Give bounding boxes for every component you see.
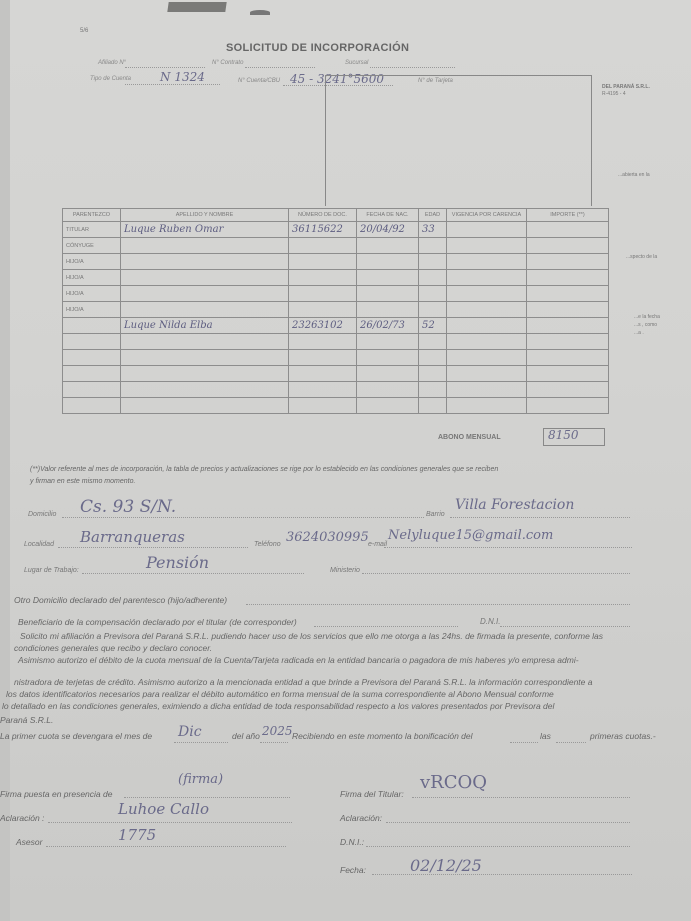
cell-doc[interactable] <box>289 334 357 350</box>
cell-edad[interactable] <box>419 238 447 254</box>
adjacent-text-4: ...s , como <box>634 322 657 328</box>
cuota-post: Recibiendo en este momento la bonificaci… <box>292 730 522 742</box>
cell-importe[interactable] <box>527 366 609 382</box>
cell-doc[interactable] <box>289 238 357 254</box>
cell-doc[interactable] <box>289 270 357 286</box>
adjacent-text-1: ...abierta en la <box>618 172 650 178</box>
contrato-field[interactable] <box>245 67 315 68</box>
cell-vigencia[interactable] <box>447 270 527 286</box>
cell-doc[interactable] <box>289 382 357 398</box>
cell-importe[interactable] <box>527 286 609 302</box>
table-body: TITULARLuque Ruben Omar3611562220/04/923… <box>63 222 609 414</box>
cell-nac[interactable] <box>357 398 419 414</box>
presencia-value[interactable]: (firma) <box>178 772 223 787</box>
cell-nombre[interactable]: Luque Nilda Elba <box>121 318 289 334</box>
adjacent-code: R-4195 - 4 <box>602 91 626 97</box>
adjacent-company: DEL PARANÁ S.R.L. <box>602 84 650 90</box>
cell-vigencia[interactable] <box>447 318 527 334</box>
declaration-p2c: los datos identificatorios necesarios pa… <box>0 688 691 700</box>
cell-nac[interactable] <box>357 238 419 254</box>
declaration-p2b: nistradora de terjetas de crédito. Asimi… <box>0 676 691 688</box>
column-header: VIGENCIA POR CARENCIA <box>447 209 527 222</box>
cell-nombre[interactable] <box>121 398 289 414</box>
cell-edad[interactable]: 52 <box>419 318 447 334</box>
top-stamp-mark-small <box>250 10 270 15</box>
cell-edad[interactable] <box>419 334 447 350</box>
adjacent-text-5: ...a . <box>634 330 644 336</box>
cell-parentezco: CÓNYUGE <box>63 238 121 254</box>
beneficiario-dni-label: D.N.I. <box>480 617 500 626</box>
cell-edad[interactable] <box>419 286 447 302</box>
cell-parentezco: HIJO/A <box>63 302 121 318</box>
cell-vigencia[interactable] <box>447 286 527 302</box>
trabajo-line <box>82 573 304 574</box>
barrio-label: Barrio <box>426 511 445 518</box>
declaration-p2a: Asimismo autorizo el débito de la cuota … <box>0 654 691 666</box>
cell-parentezco: HIJO/A <box>63 270 121 286</box>
tipo-cuenta-line <box>125 84 220 85</box>
table-row <box>63 398 609 414</box>
cell-importe[interactable] <box>527 350 609 366</box>
cell-doc[interactable] <box>289 350 357 366</box>
asesor-value[interactable]: 1775 <box>118 826 156 844</box>
table-row <box>63 366 609 382</box>
aclaracion-right-line[interactable] <box>386 822 630 823</box>
top-stamp-mark <box>167 2 226 12</box>
cell-nombre[interactable] <box>121 366 289 382</box>
las-line[interactable] <box>556 742 586 743</box>
table-row: HIJO/A <box>63 270 609 286</box>
column-header: IMPORTE (**) <box>527 209 609 222</box>
cell-parentezco <box>63 382 121 398</box>
localidad-value[interactable]: Barranqueras <box>80 528 185 546</box>
note-line-1: (**)Valor referente al mes de incorporac… <box>30 466 498 473</box>
declaration-p1a: Solicito mi afiliación a Previsora del P… <box>0 630 691 642</box>
column-header: PARENTEZCO <box>63 209 121 222</box>
cell-nombre[interactable] <box>121 302 289 318</box>
cell-doc[interactable] <box>289 286 357 302</box>
cuota-mes-line <box>174 742 228 743</box>
cuota-anio-line <box>260 742 288 743</box>
cell-doc[interactable] <box>289 254 357 270</box>
cell-importe[interactable] <box>527 334 609 350</box>
cell-nombre[interactable] <box>121 350 289 366</box>
cell-edad[interactable] <box>419 270 447 286</box>
cell-nac[interactable] <box>357 350 419 366</box>
cell-vigencia[interactable] <box>447 238 527 254</box>
cell-nac[interactable] <box>357 366 419 382</box>
cell-parentezco <box>63 334 121 350</box>
fecha-value[interactable]: 02/12/25 <box>410 856 482 875</box>
email-value[interactable]: Nelyluque15@gmail.com <box>388 528 553 543</box>
table-row: TITULARLuque Ruben Omar3611562220/04/923… <box>63 222 609 238</box>
cuota-anio-value[interactable]: 2025 <box>262 724 293 738</box>
table-row: HIJO/A <box>63 254 609 270</box>
sucursal-label: Sucursal <box>345 60 368 66</box>
beneficiario-line[interactable] <box>314 626 458 627</box>
cell-nombre[interactable] <box>121 270 289 286</box>
cell-doc[interactable] <box>289 398 357 414</box>
domicilio-label: Domicilio <box>28 511 56 518</box>
column-header: FECHA DE NAC. <box>357 209 419 222</box>
table-row: CÓNYUGE <box>63 238 609 254</box>
cell-parentezco: TITULAR <box>63 222 121 238</box>
cell-nac[interactable] <box>357 286 419 302</box>
cell-vigencia[interactable] <box>447 334 527 350</box>
firma-titular-value[interactable]: vRCOQ <box>420 772 487 793</box>
cell-parentezco: HIJO/A <box>63 286 121 302</box>
table-row <box>63 350 609 366</box>
cell-edad[interactable] <box>419 366 447 382</box>
declaration-p2d: lo detallado en las condiciones generale… <box>0 700 691 712</box>
cell-doc[interactable]: 36115622 <box>289 222 357 238</box>
cell-nombre[interactable] <box>121 334 289 350</box>
cell-vigencia[interactable] <box>447 302 527 318</box>
trabajo-value[interactable]: Pensión <box>146 553 209 572</box>
cell-doc[interactable] <box>289 302 357 318</box>
aclaracion-left-line <box>48 822 292 823</box>
bonificacion-line[interactable] <box>510 742 538 743</box>
column-header: EDAD <box>419 209 447 222</box>
cell-edad[interactable] <box>419 382 447 398</box>
cuota-las: las <box>540 730 560 742</box>
cell-nac[interactable] <box>357 334 419 350</box>
afiliado-field[interactable] <box>125 67 205 68</box>
trabajo-label: Lugar de Trabajo: <box>24 567 79 574</box>
cell-edad[interactable] <box>419 350 447 366</box>
table-row <box>63 382 609 398</box>
declaration-p1b: condiciones generales que recibo y decla… <box>0 642 691 654</box>
adjacent-text-2: ...specto de la <box>626 254 657 260</box>
cell-importe[interactable] <box>527 238 609 254</box>
tipo-cuenta-label: Tipo de Cuenta <box>90 76 131 82</box>
photo-box <box>325 75 592 206</box>
cell-importe[interactable] <box>527 222 609 238</box>
afiliado-label: Afiliado N° <box>98 60 126 66</box>
cell-parentezco <box>63 318 121 334</box>
cell-vigencia[interactable] <box>447 350 527 366</box>
presencia-line <box>124 797 290 798</box>
members-table: PARENTEZCOAPELLIDO Y NOMBRENÚMERO DE DOC… <box>62 208 609 414</box>
beneficiario-dni-line[interactable] <box>500 626 630 627</box>
cell-parentezco: HIJO/A <box>63 254 121 270</box>
asesor-line <box>46 846 286 847</box>
cell-importe[interactable] <box>527 270 609 286</box>
otro-domicilio-line[interactable] <box>246 604 630 605</box>
cell-doc[interactable] <box>289 366 357 382</box>
page-number: 5/6 <box>80 28 88 34</box>
telefono-value[interactable]: 3624030995 <box>286 530 369 545</box>
cell-parentezco <box>63 398 121 414</box>
email-line <box>384 547 632 548</box>
cell-importe[interactable] <box>527 302 609 318</box>
aclaracion-left-value[interactable]: Luhoe Callo <box>118 800 209 818</box>
cell-nombre[interactable] <box>121 238 289 254</box>
cell-edad[interactable] <box>419 254 447 270</box>
adjacent-text-3: ...e la fecha <box>634 314 660 320</box>
table-row: HIJO/A <box>63 286 609 302</box>
column-header: APELLIDO Y NOMBRE <box>121 209 289 222</box>
abono-mensual-value: 8150 <box>548 428 579 442</box>
abono-mensual-label: ABONO MENSUAL <box>438 434 501 441</box>
cell-nac[interactable] <box>357 270 419 286</box>
cell-nombre[interactable]: Luque Ruben Omar <box>121 222 289 238</box>
cell-nombre[interactable] <box>121 286 289 302</box>
cell-nac[interactable]: 26/02/73 <box>357 318 419 334</box>
domicilio-line <box>62 517 424 518</box>
firma-titular-line <box>412 797 630 798</box>
cell-parentezco <box>63 350 121 366</box>
ministerio-line[interactable] <box>362 573 630 574</box>
table-row <box>63 334 609 350</box>
cell-vigencia[interactable] <box>447 382 527 398</box>
telefono-label: Teléfono <box>254 541 281 548</box>
cell-nombre[interactable] <box>121 382 289 398</box>
ministerio-label: Ministerio <box>330 567 360 574</box>
cell-vigencia[interactable] <box>447 254 527 270</box>
tipo-cuenta-value[interactable]: N 1324 <box>160 70 205 84</box>
cell-edad[interactable] <box>419 398 447 414</box>
table-row: HIJO/A <box>63 302 609 318</box>
cell-edad[interactable] <box>419 302 447 318</box>
cuenta-cbu-label: N° Cuenta/CBU <box>238 78 280 84</box>
contrato-label: N° Contrato <box>212 60 243 66</box>
barrio-value[interactable]: Villa Forestacion <box>455 497 574 513</box>
table-row: Luque Nilda Elba2326310226/02/7352 <box>63 318 609 334</box>
barrio-line <box>450 517 630 518</box>
cell-importe[interactable] <box>527 398 609 414</box>
cell-vigencia[interactable] <box>447 398 527 414</box>
cell-vigencia[interactable] <box>447 222 527 238</box>
declaration-p2e: Paraná S.R.L. <box>0 714 691 726</box>
cell-nac[interactable] <box>357 254 419 270</box>
cell-importe[interactable] <box>527 318 609 334</box>
cell-edad[interactable]: 33 <box>419 222 447 238</box>
cuota-end: primeras cuotas.- <box>590 730 690 742</box>
firma-titular-label: Firma del Titular: <box>340 788 430 800</box>
table-header-row: PARENTEZCOAPELLIDO Y NOMBRENÚMERO DE DOC… <box>63 209 609 222</box>
column-header: NÚMERO DE DOC. <box>289 209 357 222</box>
document-title: SOLICITUD DE INCORPORACIÓN <box>226 42 409 54</box>
cell-importe[interactable] <box>527 382 609 398</box>
dni-line[interactable] <box>366 846 630 847</box>
cell-nombre[interactable] <box>121 254 289 270</box>
domicilio-value[interactable]: Cs. 93 S/N. <box>80 497 176 517</box>
note-line-2: y firman en este mismo momento. <box>30 478 135 485</box>
cuota-pre-text: La primer cuota se devengara el mes de <box>0 731 152 741</box>
localidad-label: Localidad <box>24 541 54 548</box>
localidad-line <box>58 547 248 548</box>
sucursal-field[interactable] <box>370 67 455 68</box>
cell-nac[interactable]: 20/04/92 <box>357 222 419 238</box>
cell-vigencia[interactable] <box>447 366 527 382</box>
cell-parentezco <box>63 366 121 382</box>
cell-nac[interactable] <box>357 382 419 398</box>
cell-doc[interactable]: 23263102 <box>289 318 357 334</box>
presencia-label: Firma puesta en presencia de <box>0 788 130 800</box>
cuota-mes-value[interactable]: Dic <box>178 724 202 740</box>
cell-importe[interactable] <box>527 254 609 270</box>
cell-nac[interactable] <box>357 302 419 318</box>
